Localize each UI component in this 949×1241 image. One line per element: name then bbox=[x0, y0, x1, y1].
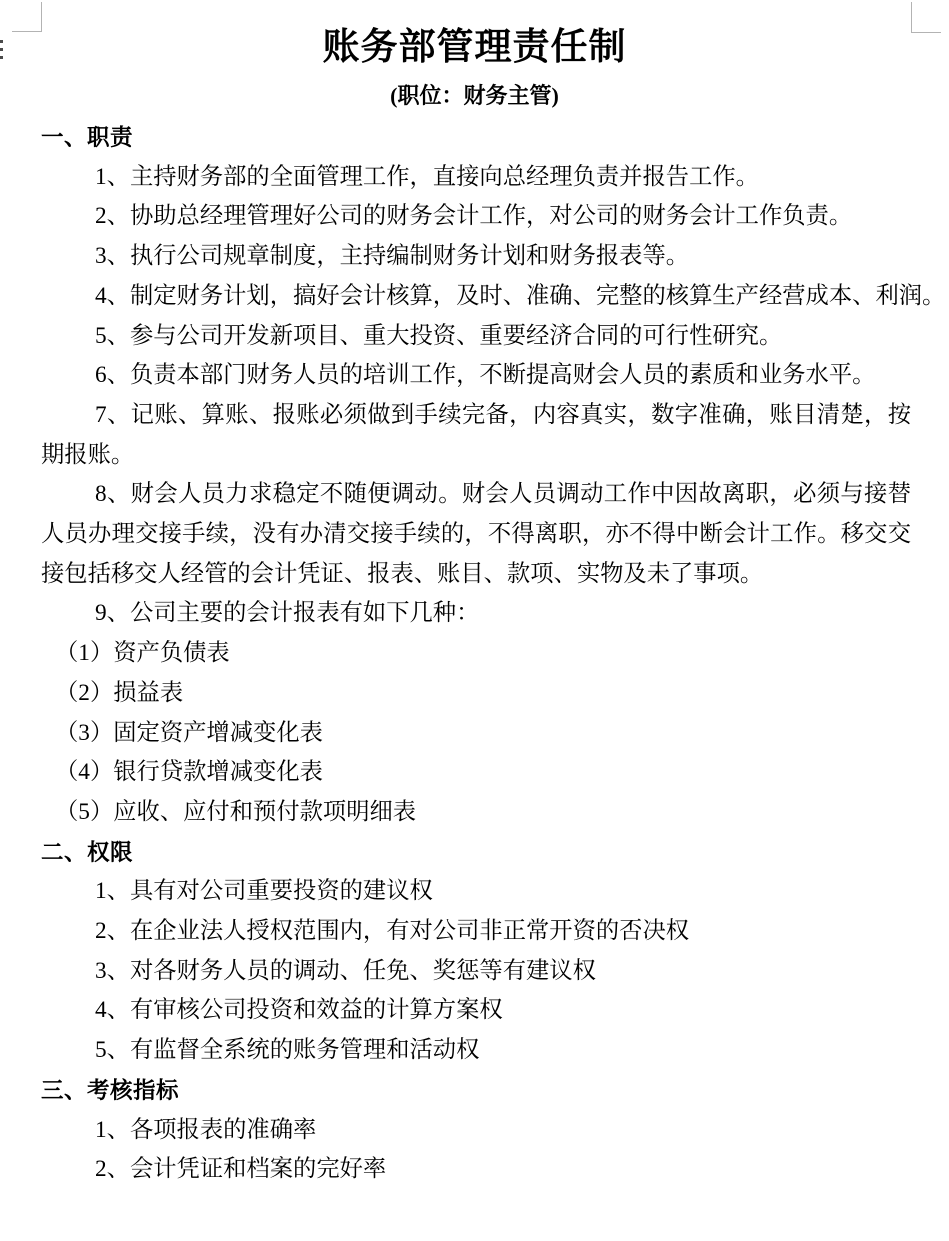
crop-mark-top-right-horizontal bbox=[911, 32, 941, 33]
sub-paragraph: （4）银行贷款增减变化表 bbox=[41, 753, 911, 793]
paragraph: 8、财会人员力求稳定不随便调动。财会人员调动工作中因故离职，必须与接替人员办理交… bbox=[41, 475, 911, 594]
paragraph: 3、对各财务人员的调动、任免、奖惩等有建议权 bbox=[41, 952, 911, 992]
paragraph: 2、协助总经理管理好公司的财务会计工作，对公司的财务会计工作负责。 bbox=[41, 197, 911, 237]
paragraph: 7、记账、算账、报账必须做到手续完备，内容真实，数字准确，账目清楚，按期报账。 bbox=[41, 396, 911, 475]
paragraph: 5、参与公司开发新项目、重大投资、重要经济合同的可行性研究。 bbox=[41, 317, 911, 357]
section-heading: 三、考核指标 bbox=[41, 1071, 911, 1111]
paragraph: 9、公司主要的会计报表有如下几种： bbox=[41, 594, 911, 634]
document-title: 账务部管理责任制 bbox=[0, 0, 949, 71]
paragraph: 5、有监督全系统的账务管理和活动权 bbox=[41, 1031, 911, 1071]
document-body: 一、职责1、主持财务部的全面管理工作，直接向总经理负责并报告工作。2、协助总经理… bbox=[0, 118, 949, 1190]
paragraph: 2、在企业法人授权范围内，有对公司非正常开资的否决权 bbox=[41, 912, 911, 952]
sub-paragraph: （3）固定资产增减变化表 bbox=[41, 714, 911, 754]
document-page: 账务部管理责任制 (职位：财务主管) 一、职责1、主持财务部的全面管理工作，直接… bbox=[0, 0, 949, 1241]
crop-mark-top-left-horizontal bbox=[12, 31, 42, 32]
crop-mark-top-left-vertical bbox=[41, 2, 42, 31]
paragraph: 4、制定财务计划，搞好会计核算，及时、准确、完整的核算生产经营成本、利润。 bbox=[41, 277, 911, 317]
page-edge-mark bbox=[0, 40, 3, 43]
paragraph: 1、主持财务部的全面管理工作，直接向总经理负责并报告工作。 bbox=[41, 158, 911, 198]
paragraph: 6、负责本部门财务人员的培训工作，不断提高财会人员的素质和业务水平。 bbox=[41, 356, 911, 396]
paragraph: 1、具有对公司重要投资的建议权 bbox=[41, 872, 911, 912]
page-edge-mark bbox=[0, 48, 3, 51]
document-subtitle: (职位：财务主管) bbox=[0, 82, 949, 109]
paragraph: 3、执行公司规章制度，主持编制财务计划和财务报表等。 bbox=[41, 237, 911, 277]
paragraph: 1、各项报表的准确率 bbox=[41, 1111, 911, 1151]
paragraph: 4、有审核公司投资和效益的计算方案权 bbox=[41, 991, 911, 1031]
crop-mark-top-right-vertical bbox=[911, 2, 912, 32]
paragraph: 2、会计凭证和档案的完好率 bbox=[41, 1150, 911, 1190]
sub-paragraph: （2）损益表 bbox=[41, 674, 911, 714]
section-heading: 一、职责 bbox=[41, 118, 911, 158]
page-edge-mark bbox=[0, 56, 3, 59]
sub-paragraph: （1）资产负债表 bbox=[41, 634, 911, 674]
sub-paragraph: （5）应收、应付和预付款项明细表 bbox=[41, 793, 911, 833]
section-heading: 二、权限 bbox=[41, 833, 911, 873]
